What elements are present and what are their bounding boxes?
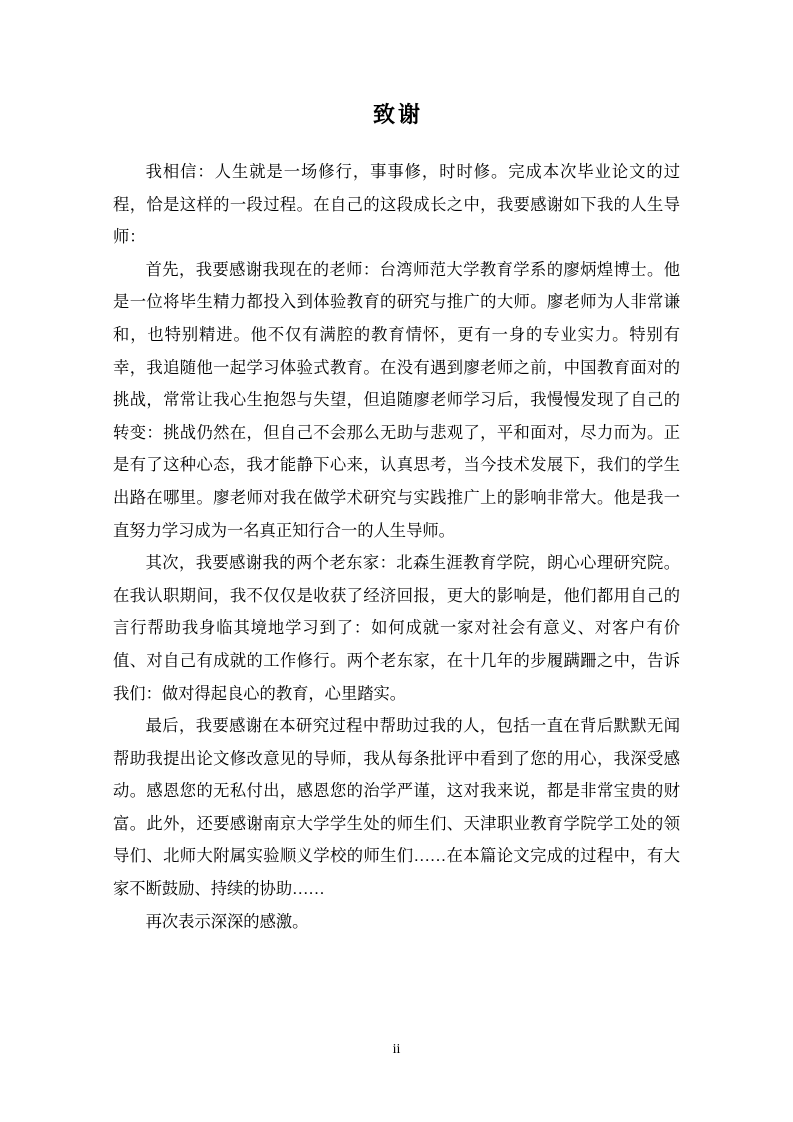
page-number: ii	[0, 1040, 793, 1060]
paragraph-final-thanks: 最后，我要感谢在本研究过程中帮助过我的人，包括一直在背后默默无闻帮助我提出论文修…	[113, 710, 680, 906]
paragraph-intro: 我相信：人生就是一场修行，事事修，时时修。完成本次毕业论文的过程，恰是这样的一段…	[113, 156, 680, 254]
paragraph-second-thanks: 其次，我要感谢我的两个老东家：北森生涯教育学院，朗心心理研究院。在我认职期间，我…	[113, 547, 680, 710]
paragraph-first-thanks: 首先，我要感谢我现在的老师：台湾师范大学教育学系的廖炳煌博士。他是一位将毕生精力…	[113, 254, 680, 547]
document-page: 致谢 我相信：人生就是一场修行，事事修，时时修。完成本次毕业论文的过程，恰是这样…	[0, 0, 793, 1122]
paragraph-closing: 再次表示深深的感激。	[113, 906, 680, 939]
page-title: 致谢	[113, 100, 680, 130]
document-body: 我相信：人生就是一场修行，事事修，时时修。完成本次毕业论文的过程，恰是这样的一段…	[113, 156, 680, 938]
